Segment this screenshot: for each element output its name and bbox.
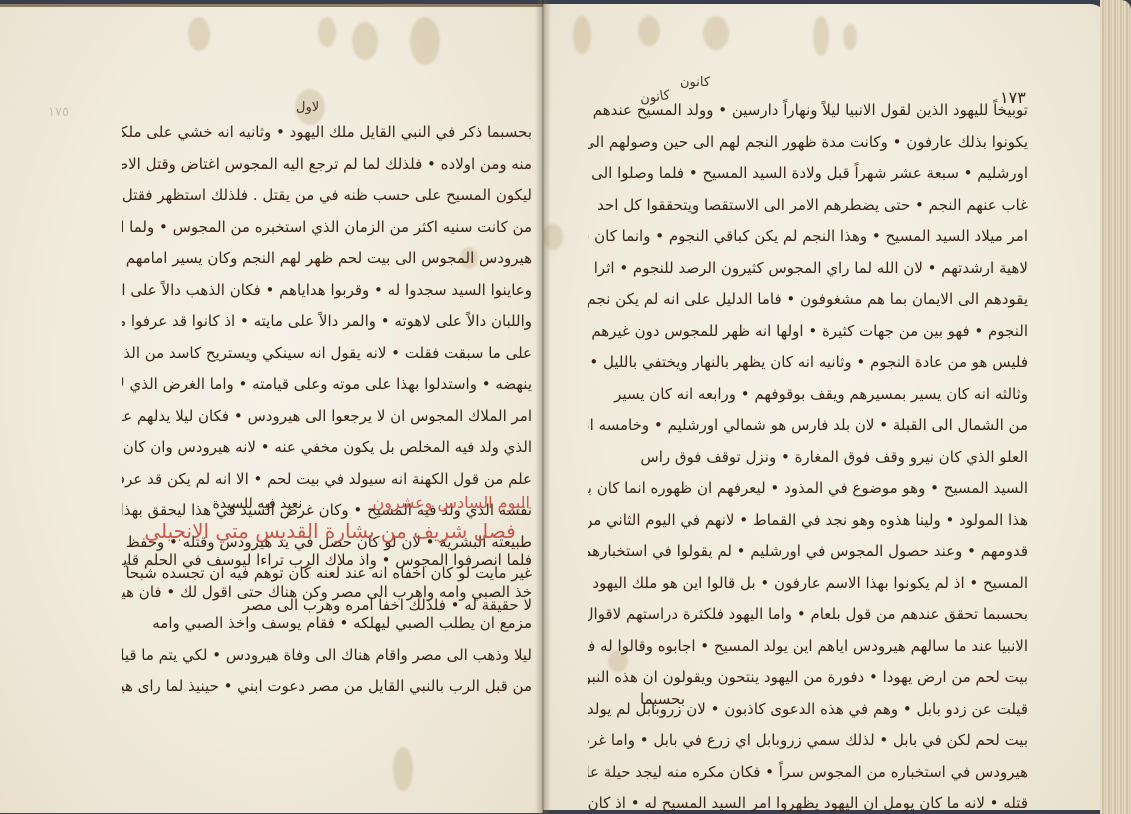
water-stain xyxy=(188,17,210,51)
manuscript-line: لاهية ارشدتهم • لان الله لما راي المجوس … xyxy=(588,253,1028,285)
water-stain xyxy=(813,16,829,56)
water-stain xyxy=(638,16,660,46)
water-stain xyxy=(573,16,591,54)
rubric-heading-row: اليوم السادس وعشرون نعيد فيه للسيدة xyxy=(180,493,530,512)
manuscript-line: علم من قول الكهنة انه سيولد في بيت لحم •… xyxy=(122,464,532,496)
water-stain xyxy=(318,17,336,47)
manuscript-line: وثالثه انه كان يسير بمسيرهم ويقف بوقوفهم… xyxy=(588,379,1028,411)
manuscript-line: يقودهم الى الايمان بما هم مشغوفون • فاما… xyxy=(588,284,1028,316)
right-running-header: كانون xyxy=(680,75,710,90)
manuscript-line: فلما انصرفوا المجوس • واذ ملاك الرب تراء… xyxy=(122,545,532,577)
water-stain xyxy=(410,17,440,65)
manuscript-line: من الشمال الى القبلة • لان بلد فارس هو ش… xyxy=(588,410,1028,442)
manuscript-line: غاب عنهم النجم • حتى يضطرهم الامر الى ال… xyxy=(588,190,1028,222)
manuscript-line: منه ومن اولاده • فلذلك لما لم ترجع اليه … xyxy=(122,149,532,181)
left-page: ١٧٥ لاول بحسبما ذكر في النبي القايل ملك … xyxy=(0,4,543,813)
rubric-day-label: اليوم السادس وعشرون xyxy=(373,493,530,512)
manuscript-line: الانبيا عند ما سالهم هيرودس اياهم اين يو… xyxy=(588,631,1028,663)
manuscript-line: من كانت سنيه اكثر من الزمان الذي استخبره… xyxy=(122,212,532,244)
manuscript-line: هيرودس في استخباره من المجوس سراً • فكان… xyxy=(588,757,1028,789)
manuscript-line: بيت لحم لكن في بابل • لذلك سمي زروبابل ا… xyxy=(588,725,1028,757)
manuscript-line: امر ميلاد السيد المسيح • وهذا النجم لم ي… xyxy=(588,221,1028,253)
manuscript-line: خذ الصبي وامه واهرب الى مصر وكن هناك حتى… xyxy=(122,577,532,609)
manuscript-line: هيرودس المجوس الى بيت لحم ظهر لهم النجم … xyxy=(122,243,532,275)
manuscript-line: بحسبما تحقق عندهم من قول بلعام • واما ال… xyxy=(588,599,1028,631)
book-gutter xyxy=(535,0,551,814)
manuscript-line: من قبل الرب بالنبي القايل من مصر دعوت اب… xyxy=(122,671,532,703)
manuscript-line: المسيح • اذ لم يكونوا بهذا الاسم عارفون … xyxy=(588,568,1028,600)
catchword: بحسبما xyxy=(640,690,685,708)
manuscript-line: امر الملاك المجوس ان لا يرجعوا الى هيرود… xyxy=(122,401,532,433)
manuscript-line: بيت لحم من ارض يهودا • دفورة من اليهود ي… xyxy=(588,662,1028,694)
water-stain xyxy=(393,747,413,791)
manuscript-line: فليس هو من عادة النجوم • وثانيه انه كان … xyxy=(588,347,1028,379)
left-running-header: لاول xyxy=(296,100,319,115)
manuscript-line: ليكون المسيح على حسب ظنه في من يقتل . فل… xyxy=(122,180,532,212)
feast-label: نعيد فيه للسيدة xyxy=(212,496,302,512)
manuscript-line: على ما سبقت فقلت • لانه يقول انه سينكي و… xyxy=(122,338,532,370)
manuscript-line: هذا المولود • ولينا هذوه وهو نجد في القم… xyxy=(588,505,1028,537)
manuscript-line: بحسبما ذكر في النبي القايل ملك اليهود • … xyxy=(122,117,532,149)
page-fore-edge xyxy=(1100,0,1131,814)
rubric-section-title: فصل شريف من بشارة القديس متي الانجيلي xyxy=(130,519,530,543)
water-stain xyxy=(703,16,729,50)
manuscript-line: اورشليم • سبعة عشر شهراً قبل ولادة السيد… xyxy=(588,158,1028,190)
manuscript-line: الذي ولد فيه المخلص بل يكون مخفي عنه • ل… xyxy=(122,432,532,464)
water-stain xyxy=(843,24,857,50)
water-stain xyxy=(352,22,378,60)
manuscript-line: توبيخاً لليهود الذين لقول الانبيا ليلاً … xyxy=(588,95,1028,127)
manuscript-line: قتله • لانه ما كان يومل ان اليهود يظهروا… xyxy=(588,788,1028,814)
open-manuscript: ١٧٥ لاول بحسبما ذكر في النبي القايل ملك … xyxy=(0,0,1131,814)
manuscript-line: ليلا وذهب الى مصر واقام هناك الى وفاة هي… xyxy=(122,640,532,672)
left-text-block-after-rubric: فلما انصرفوا المجوس • واذ ملاك الرب تراء… xyxy=(122,545,532,703)
faint-folio-number: ١٧٥ xyxy=(48,105,69,120)
manuscript-line: قدومهم • وعند حصول المجوس في اورشليم • ل… xyxy=(588,536,1028,568)
manuscript-line: وعاينوا السيد سجدوا له • وقربوا هداياهم … xyxy=(122,275,532,307)
manuscript-line: العلو الذي كان نيرو وقف فوق المغارة • ون… xyxy=(588,442,1028,474)
manuscript-line: السيد المسيح • وهو موضوع في المذود • ليع… xyxy=(588,473,1028,505)
manuscript-line: مزمع ان يطلب الصبي ليهلكه • فقام يوسف وا… xyxy=(122,608,532,640)
manuscript-line: النجوم • فهو بين من جهات كثيرة • اولها ا… xyxy=(588,316,1028,348)
manuscript-line: يكونوا بذلك عارفون • وكانت مدة ظهور النج… xyxy=(588,127,1028,159)
manuscript-line: ينهضه • واستدلوا بهذا على موته وعلى قيام… xyxy=(122,369,532,401)
manuscript-line: واللبان دالاً على لاهوته • والمر دالاً ع… xyxy=(122,306,532,338)
